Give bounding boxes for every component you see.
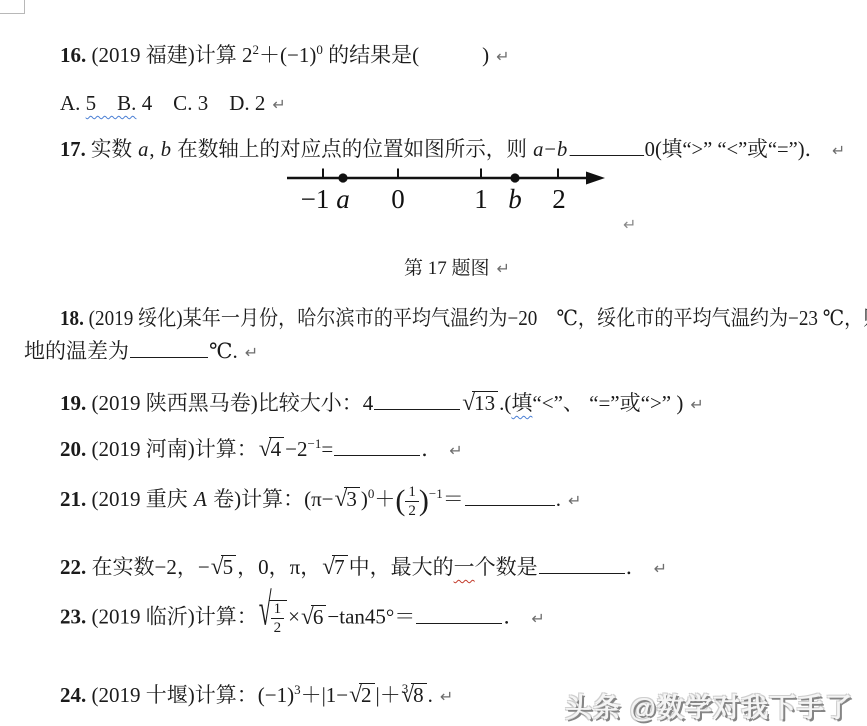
numberline-label-0: 0: [391, 184, 405, 214]
radicand: 5: [221, 555, 237, 579]
answer-blank: [130, 354, 208, 358]
text-run: .: [428, 683, 433, 707]
text-run: ．: [626, 555, 647, 579]
radicand: 2: [359, 683, 375, 707]
math-variable: a: [137, 137, 149, 161]
figure-caption: 第 17 题图↵: [404, 252, 510, 285]
text-run: (2019 福建)计算 2: [86, 43, 252, 67]
text-run: 地的温差为: [24, 339, 129, 363]
text-run: 卷)计算：(π−: [208, 487, 334, 511]
question-19: 19. (2019 陕西黑马卷)比较大小：4√13.(填“<”、 “=”或“>”…: [60, 387, 704, 421]
numberline-svg: −1 a 0 1 b 2: [285, 156, 615, 216]
text-run: 4: [271, 437, 282, 461]
fraction: 12: [271, 601, 285, 636]
text-run: 中，最大的: [349, 555, 454, 579]
answer-blank: [465, 502, 555, 506]
text-run: ×: [288, 605, 300, 629]
paragraph-mark: ↵: [568, 491, 581, 510]
math-variable: A: [193, 487, 208, 511]
text-run: (2019 临沂)计算：: [86, 605, 258, 629]
numberline-label-b: b: [508, 184, 522, 214]
numberline-label-a: a: [336, 184, 350, 214]
text-run: 8: [413, 683, 424, 707]
cube-root: 3√8: [402, 679, 427, 714]
answer-blank: [539, 570, 625, 574]
square-root: √13: [462, 387, 498, 420]
paragraph-mark: ↵: [449, 441, 462, 460]
answer-blank: [416, 620, 502, 624]
text-run: 2: [361, 683, 372, 707]
question-20: 20. (2019 河南)计算：√4−2−1=．↵: [60, 433, 463, 467]
numberline-label-1: 1: [474, 184, 488, 214]
worksheet-page: 16. (2019 福建)计算 22＋(−1)0 的结果是( )↵ A. 5 B…: [0, 0, 867, 726]
fraction: 12: [405, 484, 419, 519]
square-root: √6: [301, 601, 326, 634]
math-variable: b: [160, 137, 172, 161]
big-paren: ): [419, 484, 429, 517]
paragraph-mark: ↵: [272, 95, 285, 114]
text-run: ＝: [443, 487, 464, 511]
question-16-options: A. 5 B. 4 C. 3 D. 2↵: [60, 87, 286, 121]
square-root: √7: [322, 551, 347, 584]
question-number: 23.: [60, 605, 86, 629]
question-24: 24. (2019 十堰)计算：(−1)3＋|1−√2|＋3√8.↵: [60, 679, 453, 714]
radicand: 8: [411, 683, 427, 707]
text-run: 在实数−2，−: [86, 555, 209, 579]
paragraph-mark: ↵: [623, 208, 636, 241]
superscript: −1: [429, 486, 443, 501]
numberline-arrowhead: [586, 172, 605, 185]
radicand: 4: [269, 437, 285, 461]
text-run: 5: [223, 555, 234, 579]
text-run: 6: [313, 605, 324, 629]
spellcheck-underline: 填: [511, 391, 532, 415]
text-run: ,: [149, 137, 159, 161]
radicand: 6: [311, 605, 327, 629]
square-root: √3: [335, 483, 360, 516]
question-number: 19.: [60, 391, 86, 415]
answer-blank: [334, 452, 420, 456]
question-18-line1: 18. (2019 绥化)某年一月份，哈尔滨市的平均气温约为−20 ℃，绥化市的…: [60, 302, 867, 335]
text-run: (2019 绥化)某年一月份，哈尔滨市的平均气温约为−20 ℃，绥化市的平均气温…: [84, 306, 867, 330]
text-run: ＋|1−: [301, 683, 349, 707]
text-run: −2: [285, 437, 307, 461]
root-index: 3: [402, 672, 409, 705]
text-run: (2019 重庆: [86, 487, 193, 511]
spellcheck-underline: 一: [454, 555, 475, 579]
paragraph-mark: ↵: [497, 259, 510, 278]
question-number: 16.: [60, 43, 86, 67]
text-run: 实数: [86, 137, 137, 161]
square-root: √5: [211, 551, 236, 584]
text-run: 13: [474, 391, 495, 415]
paragraph-mark: ↵: [496, 47, 509, 66]
paragraph-mark: ↵: [531, 609, 544, 628]
paragraph-mark: ↵: [690, 395, 703, 414]
question-number: 24.: [60, 683, 86, 707]
question-number: 21.: [60, 487, 86, 511]
text-run: −tan45°＝: [327, 605, 415, 629]
text-run: 个数是: [475, 555, 538, 579]
question-number: 17.: [60, 137, 86, 161]
text-run: ＋(−1): [259, 43, 316, 67]
text-run: .: [556, 487, 561, 511]
text-run: 4 C. 3 D. 2: [136, 91, 265, 115]
text-boundary-mark-vertical: [24, 0, 25, 13]
text-boundary-mark-horizontal: [0, 13, 25, 14]
text-run: (2019 河南)计算：: [86, 437, 258, 461]
text-run: (2019 十堰)计算：(−1): [86, 683, 294, 707]
square-root: √2: [349, 679, 374, 712]
text-run: ，0，π，: [237, 555, 321, 579]
text-run: (2019 陕西黑马卷)比较大小：4: [86, 391, 373, 415]
radicand: 7: [332, 555, 348, 579]
question-23: 23. (2019 临沂)计算：√12×√6−tan45°＝．↵: [60, 600, 545, 638]
point-b-dot: [510, 173, 519, 182]
text-run: “<”、 “=”或“>” ): [532, 391, 683, 415]
numberline-label-2: 2: [552, 184, 566, 214]
watermark: 头条 @数学对我下手了: [565, 686, 853, 725]
question-number: 20.: [60, 437, 86, 461]
question-number: 22.: [60, 555, 86, 579]
point-a-dot: [338, 173, 347, 182]
text-run: ．: [421, 437, 442, 461]
text-run: ．: [503, 605, 524, 629]
question-21: 21. (2019 重庆 A 卷)计算：(π−√3)0＋(12)−1＝.↵: [60, 483, 581, 519]
paragraph-mark: ↵: [440, 687, 453, 706]
radicand: 3: [344, 487, 360, 511]
text-run: ): [361, 487, 368, 511]
text-run: 7: [334, 555, 345, 579]
text-run: 3: [346, 487, 357, 511]
text-run: 第 17 题图: [404, 258, 490, 279]
text-run: =: [321, 437, 333, 461]
text-run: .(: [499, 391, 511, 415]
text-run: ℃.: [209, 339, 238, 363]
question-22: 22. 在实数−2，−√5，0，π，√7中，最大的一个数是．↵: [60, 551, 667, 585]
text-run: 的结果是( ): [323, 43, 489, 67]
paragraph-mark: ↵: [654, 559, 667, 578]
answer-blank: [374, 406, 460, 410]
text-run: A.: [60, 91, 86, 115]
radicand: 13: [472, 391, 498, 415]
superscript: −1: [308, 436, 322, 451]
text-run: |＋: [376, 683, 401, 707]
square-root: √4: [259, 433, 284, 466]
paragraph-mark: ↵: [245, 343, 258, 362]
numberline-figure: −1 a 0 1 b 2 ↵: [285, 156, 636, 241]
paragraph-mark: ↵: [832, 141, 845, 160]
big-paren: (: [395, 484, 405, 517]
square-root: √12: [259, 600, 287, 638]
numberline-label-minus1: −1: [301, 184, 330, 214]
radical-sign: √: [259, 589, 272, 635]
spellcheck-underline: 5 B.: [86, 91, 137, 115]
text-run: 0(填“>” “<”或“=”)．: [645, 137, 826, 161]
question-18-line2: 地的温差为℃.↵: [24, 335, 258, 369]
question-16: 16. (2019 福建)计算 22＋(−1)0 的结果是( )↵: [60, 39, 510, 73]
question-number: 18.: [60, 306, 84, 330]
text-run: ＋: [374, 487, 395, 511]
